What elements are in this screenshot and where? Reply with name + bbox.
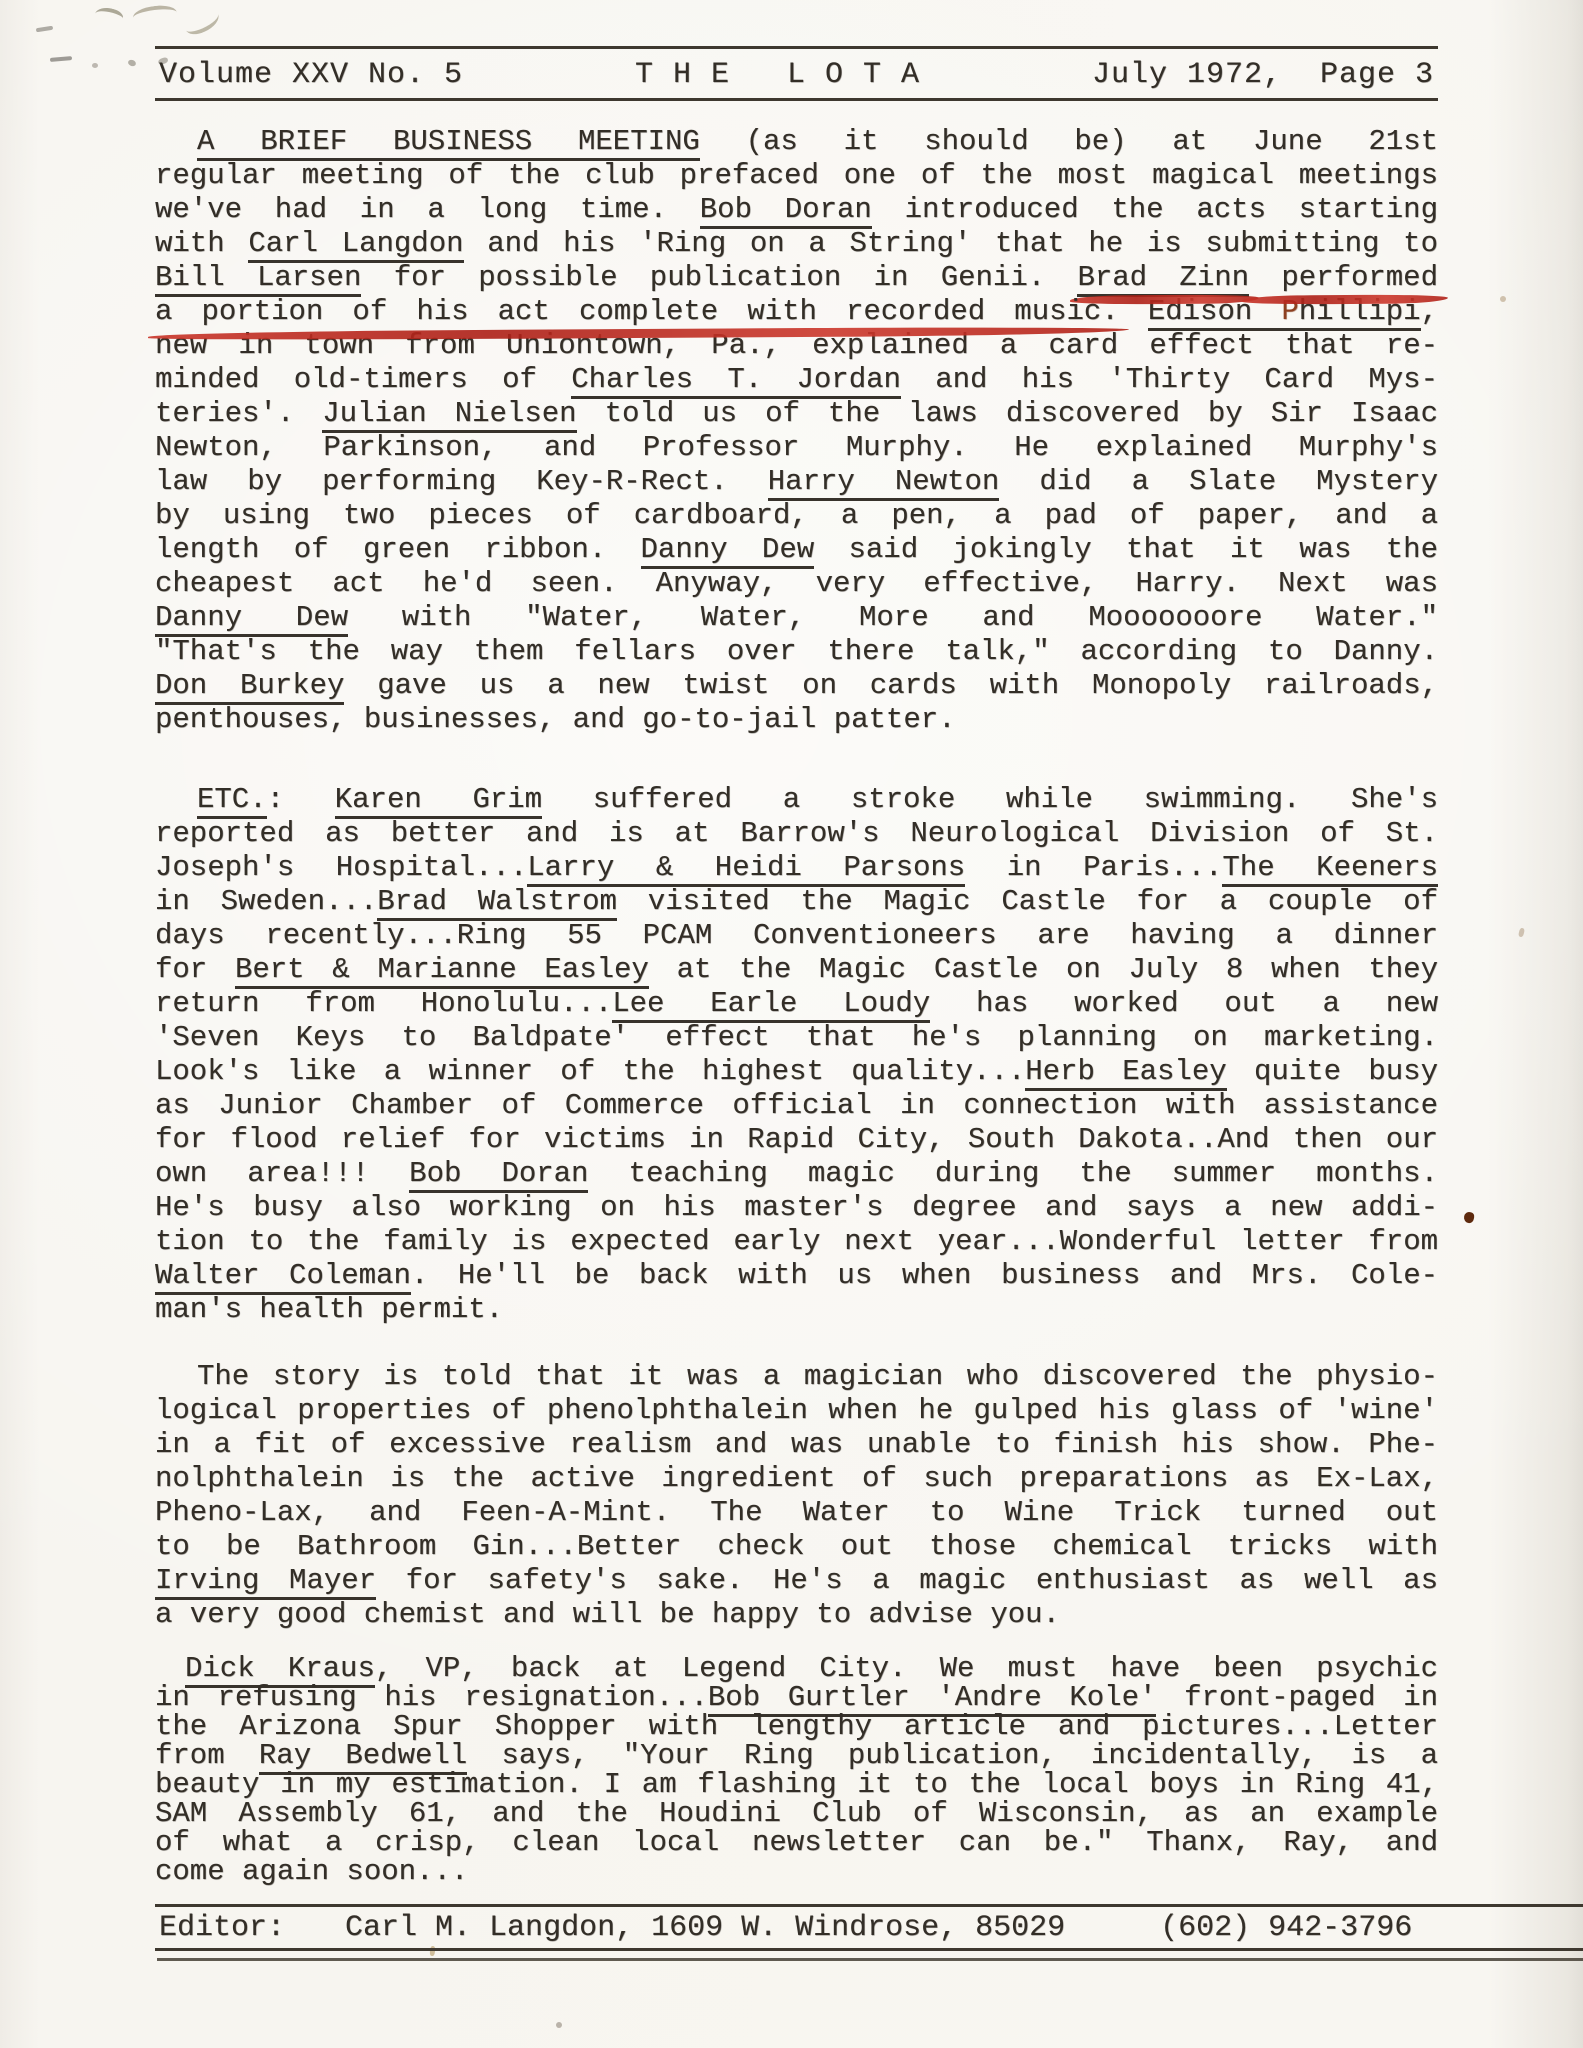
- underlined-name: Bob Doran: [700, 193, 872, 229]
- text-run: gave us a new twist on cards with Monopo…: [344, 669, 1438, 702]
- text-run: law by performing Key-R-Rect.: [155, 465, 768, 498]
- pen-scribble: [93, 4, 124, 27]
- text-run: visited the Magic Castle for a couple of: [617, 885, 1438, 918]
- text-run: in a fit of excessive realism and was un…: [155, 1428, 1438, 1461]
- editor-address: Carl M. Langdon, 1609 W. Windrose, 85029: [345, 1911, 1065, 1945]
- text-line: to be Bathroom Gin...Better check out th…: [155, 1530, 1438, 1564]
- text-line: as Junior Chamber of Commerce official i…: [155, 1089, 1438, 1123]
- text-run: return from Honolulu...: [155, 987, 612, 1020]
- underlined-name: Karen Grim: [335, 783, 542, 819]
- text-run: . He'll be back with us when business an…: [411, 1259, 1438, 1292]
- underlined-name: Julian Nielsen: [322, 397, 576, 433]
- text-run: cheapest act he'd seen. Anyway, very eff…: [155, 567, 1438, 600]
- text-run: told us of the laws discovered by Sir Is…: [577, 397, 1438, 430]
- text-run: for possible publication in Genii.: [361, 261, 1077, 294]
- underlined-name: Irving Mayer: [155, 1564, 376, 1600]
- text-run: 'Seven Keys to Baldpate' effect that he'…: [155, 1021, 1438, 1054]
- text-run: tion to the family is expected early nex…: [155, 1225, 1438, 1258]
- text-run: has worked out a new: [930, 987, 1438, 1020]
- text-line: Irving Mayer for safety's sake. He's a m…: [155, 1564, 1438, 1598]
- text-run: in Paris...: [965, 851, 1222, 884]
- text-run: teries'.: [155, 397, 322, 430]
- text-line: nolphthalein is the active ingredient of…: [155, 1462, 1438, 1496]
- text-line: come again soon...: [155, 1857, 1438, 1886]
- text-run: He's busy also working on his master's d…: [155, 1191, 1438, 1224]
- text-line: man's health permit.: [155, 1293, 1438, 1327]
- text-line: cheapest act he'd seen. Anyway, very eff…: [155, 567, 1438, 601]
- underlined-name: Danny Dew: [155, 601, 348, 637]
- text-run: we've had in a long time.: [155, 193, 700, 226]
- text-line: Joseph's Hospital...Larry & Heidi Parson…: [155, 851, 1438, 885]
- text-run: reported as better and is at Barrow's Ne…: [155, 817, 1438, 850]
- underlined-name: Herb Easley: [1025, 1055, 1226, 1091]
- text-line: regular meeting of the club prefaced one…: [155, 159, 1438, 193]
- text-run: minded old-timers of: [155, 363, 571, 396]
- editor-line: Editor: Carl M. Langdon, 1609 W. Windros…: [155, 1904, 1583, 1951]
- underlined-name: The Keeners: [1222, 851, 1438, 887]
- text-line: Don Burkey gave us a new twist on cards …: [155, 669, 1438, 703]
- text-run: for: [155, 953, 235, 986]
- text-run: for flood relief for victims in Rapid Ci…: [155, 1123, 1438, 1156]
- editor-row: Editor: Carl M. Langdon, 1609 W. Windros…: [155, 1907, 1583, 1951]
- text-line: Walter Coleman. He'll be back with us wh…: [155, 1259, 1438, 1293]
- text-run: and his 'Ring on a String' that he is su…: [464, 227, 1439, 260]
- pen-dash: [50, 56, 72, 62]
- text-run: own area!!!: [155, 1157, 409, 1190]
- masthead-volume: Volume XXV No. 5: [159, 58, 463, 92]
- masthead: Volume XXV No. 5 T H E L O T A July 1972…: [155, 46, 1438, 101]
- text-line: with Carl Langdon and his 'Ring on a Str…: [155, 227, 1438, 261]
- text-run: Newton, Parkinson, and Professor Murphy.…: [155, 431, 1438, 464]
- text-run: Look's like a winner of the highest qual…: [155, 1055, 1025, 1088]
- text-line: beauty in my estimation. I am flashing i…: [155, 1770, 1438, 1799]
- underlined-name: ETC.: [197, 783, 267, 819]
- paragraph-phenolphthalein-story: The story is told that it was a magician…: [155, 1360, 1438, 1632]
- text-run: :: [267, 783, 335, 816]
- text-line: penthouses, businesses, and go-to-jail p…: [155, 703, 1438, 737]
- paragraph-dick-kraus: Dick Kraus, VP, back at Legend City. We …: [155, 1654, 1438, 1886]
- text-line: Look's like a winner of the highest qual…: [155, 1055, 1438, 1089]
- text-run: Joseph's Hospital...: [155, 851, 527, 884]
- text-run: days recently...Ring 55 PCAM Conventione…: [155, 919, 1438, 952]
- pen-dot: [92, 63, 98, 68]
- text-line: ETC.: Karen Grim suffered a stroke while…: [155, 783, 1438, 817]
- text-run: with: [155, 227, 248, 260]
- text-line: for Bert & Marianne Easley at the Magic …: [155, 953, 1438, 987]
- text-line: the Arizona Spur Shopper with lengthy ar…: [155, 1712, 1438, 1741]
- pen-dot: [127, 59, 137, 67]
- text-line: we've had in a long time. Bob Doran intr…: [155, 193, 1438, 227]
- text-run: (as it should be) at June 21st: [700, 125, 1438, 158]
- text-run: suffered a stroke while swimming. She's: [542, 783, 1438, 816]
- text-run: as Junior Chamber of Commerce official i…: [155, 1089, 1438, 1122]
- text-run: logical properties of phenolphthalein wh…: [155, 1394, 1438, 1427]
- text-run: and his 'Thirty Card Mys-: [901, 363, 1438, 396]
- underlined-name: Bill Larsen: [155, 261, 361, 297]
- text-line: of what a crisp, clean local newsletter …: [155, 1828, 1438, 1857]
- text-line: in refusing his resignation...Bob Gurtle…: [155, 1683, 1438, 1712]
- text-run: in Sweden...: [155, 885, 377, 918]
- red-marker-underlined-text: Brad Zinn: [1077, 261, 1249, 297]
- ink-speck: [1500, 296, 1506, 302]
- underlined-name: Bert & Marianne Easley: [235, 953, 649, 989]
- text-run: did a Slate Mystery: [999, 465, 1438, 498]
- text-run: man's health permit.: [155, 1293, 503, 1326]
- text-line: logical properties of phenolphthalein wh…: [155, 1394, 1438, 1428]
- editor-label: Editor:: [159, 1911, 285, 1945]
- masthead-title: T H E L O T A: [635, 58, 920, 92]
- text-line: own area!!! Bob Doran teaching magic dur…: [155, 1157, 1438, 1191]
- text-line: from Ray Bedwell says, "Your Ring public…: [155, 1741, 1438, 1770]
- text-line: "That's the way them fellars over there …: [155, 635, 1438, 669]
- text-line: A BRIEF BUSINESS MEETING (as it should b…: [155, 125, 1438, 159]
- text-run: The story is told that it was a magician…: [197, 1360, 1438, 1393]
- red-marker-underlined-text: a portion of his act complete with recor…: [155, 295, 1119, 328]
- text-run: to be Bathroom Gin...Better check out th…: [155, 1530, 1438, 1563]
- text-line: length of green ribbon. Danny Dew said j…: [155, 533, 1438, 567]
- text-line: He's busy also working on his master's d…: [155, 1191, 1438, 1225]
- text-line: a very good chemist and will be happy to…: [155, 1598, 1438, 1632]
- text-run: by using two pieces of cardboard, a pen,…: [155, 499, 1438, 532]
- text-line: Dick Kraus, VP, back at Legend City. We …: [155, 1654, 1438, 1683]
- text-run: quite busy: [1227, 1055, 1438, 1088]
- text-line: Pheno-Lax, and Feen-A-Mint. The Water to…: [155, 1496, 1438, 1530]
- text-run: nolphthalein is the active ingredient of…: [155, 1462, 1438, 1495]
- text-line: days recently...Ring 55 PCAM Conventione…: [155, 919, 1438, 953]
- ink-speck: [1463, 1211, 1475, 1224]
- underlined-name: Brad Walstrom: [377, 885, 617, 921]
- underlined-name: Carl Langdon: [248, 227, 463, 263]
- text-line: law by performing Key-R-Rect. Harry Newt…: [155, 465, 1438, 499]
- underlined-name: Charles T. Jordan: [571, 363, 901, 399]
- text-run: teaching magic during the summer months.: [588, 1157, 1438, 1190]
- text-run: said jokingly that it was the: [814, 533, 1438, 566]
- newsletter-page: Volume XXV No. 5 T H E L O T A July 1972…: [0, 0, 1583, 2048]
- text-line: in Sweden...Brad Walstrom visited the Ma…: [155, 885, 1438, 919]
- text-line: Danny Dew with "Water, Water, More and M…: [155, 601, 1438, 635]
- red-marker-underlined-text: performed: [1249, 261, 1438, 294]
- underlined-name: Don Burkey: [155, 669, 344, 705]
- ink-speck: [1518, 928, 1525, 938]
- paragraph-business-meeting: A BRIEF BUSINESS MEETING (as it should b…: [155, 125, 1438, 737]
- text-line: Bill Larsen for possible publication in …: [155, 261, 1438, 295]
- text-line: minded old-timers of Charles T. Jordan a…: [155, 363, 1438, 397]
- underlined-name: A BRIEF BUSINESS MEETING: [197, 125, 700, 161]
- text-run: regular meeting of the club prefaced one…: [155, 159, 1438, 192]
- text-run: penthouses, businesses, and go-to-jail p…: [155, 703, 956, 736]
- text-line: Newton, Parkinson, and Professor Murphy.…: [155, 431, 1438, 465]
- ink-speck: [556, 2022, 562, 2028]
- text-line: by using two pieces of cardboard, a pen,…: [155, 499, 1438, 533]
- text-line: tion to the family is expected early nex…: [155, 1225, 1438, 1259]
- text-run: with "Water, Water, More and Mooooooore …: [348, 601, 1438, 634]
- text-line: SAM Assembly 61, and the Houdini Club of…: [155, 1799, 1438, 1828]
- text-line: teries'. Julian Nielsen told us of the l…: [155, 397, 1438, 431]
- text-run: Pheno-Lax, and Feen-A-Mint. The Water to…: [155, 1496, 1438, 1529]
- underlined-name: Bob Doran: [409, 1157, 588, 1193]
- underlined-name: Lee Earle Loudy: [612, 987, 930, 1023]
- pen-dash: [36, 26, 53, 33]
- text-run: come again soon...: [155, 1855, 468, 1888]
- text-run: at the Magic Castle on July 8 when they: [649, 953, 1438, 986]
- text-line: 'Seven Keys to Baldpate' effect that he'…: [155, 1021, 1438, 1055]
- underlined-name: Harry Newton: [768, 465, 1000, 501]
- underlined-name: Larry & Heidi Parsons: [527, 851, 965, 887]
- text-line: return from Honolulu...Lee Earle Loudy h…: [155, 987, 1438, 1021]
- text-run: introduced the acts starting: [872, 193, 1438, 226]
- underlined-name: Danny Dew: [641, 533, 815, 569]
- text-line: for flood relief for victims in Rapid Ci…: [155, 1123, 1438, 1157]
- text-line: in a fit of excessive realism and was un…: [155, 1428, 1438, 1462]
- text-run: for safety's sake. He's a magic enthusia…: [376, 1564, 1438, 1597]
- editor-phone: (602) 942-3796: [1160, 1911, 1412, 1945]
- text-run: "That's the way them fellars over there …: [155, 635, 1438, 668]
- text-run: length of green ribbon.: [155, 533, 641, 566]
- text-run: a very good chemist and will be happy to…: [155, 1598, 1060, 1631]
- text-line: The story is told that it was a magician…: [155, 1360, 1438, 1394]
- underlined-name: Walter Coleman: [155, 1259, 411, 1295]
- paragraph-etc: ETC.: Karen Grim suffered a stroke while…: [155, 783, 1438, 1327]
- masthead-issue: July 1972, Page 3: [1092, 58, 1434, 92]
- text-line: reported as better and is at Barrow's Ne…: [155, 817, 1438, 851]
